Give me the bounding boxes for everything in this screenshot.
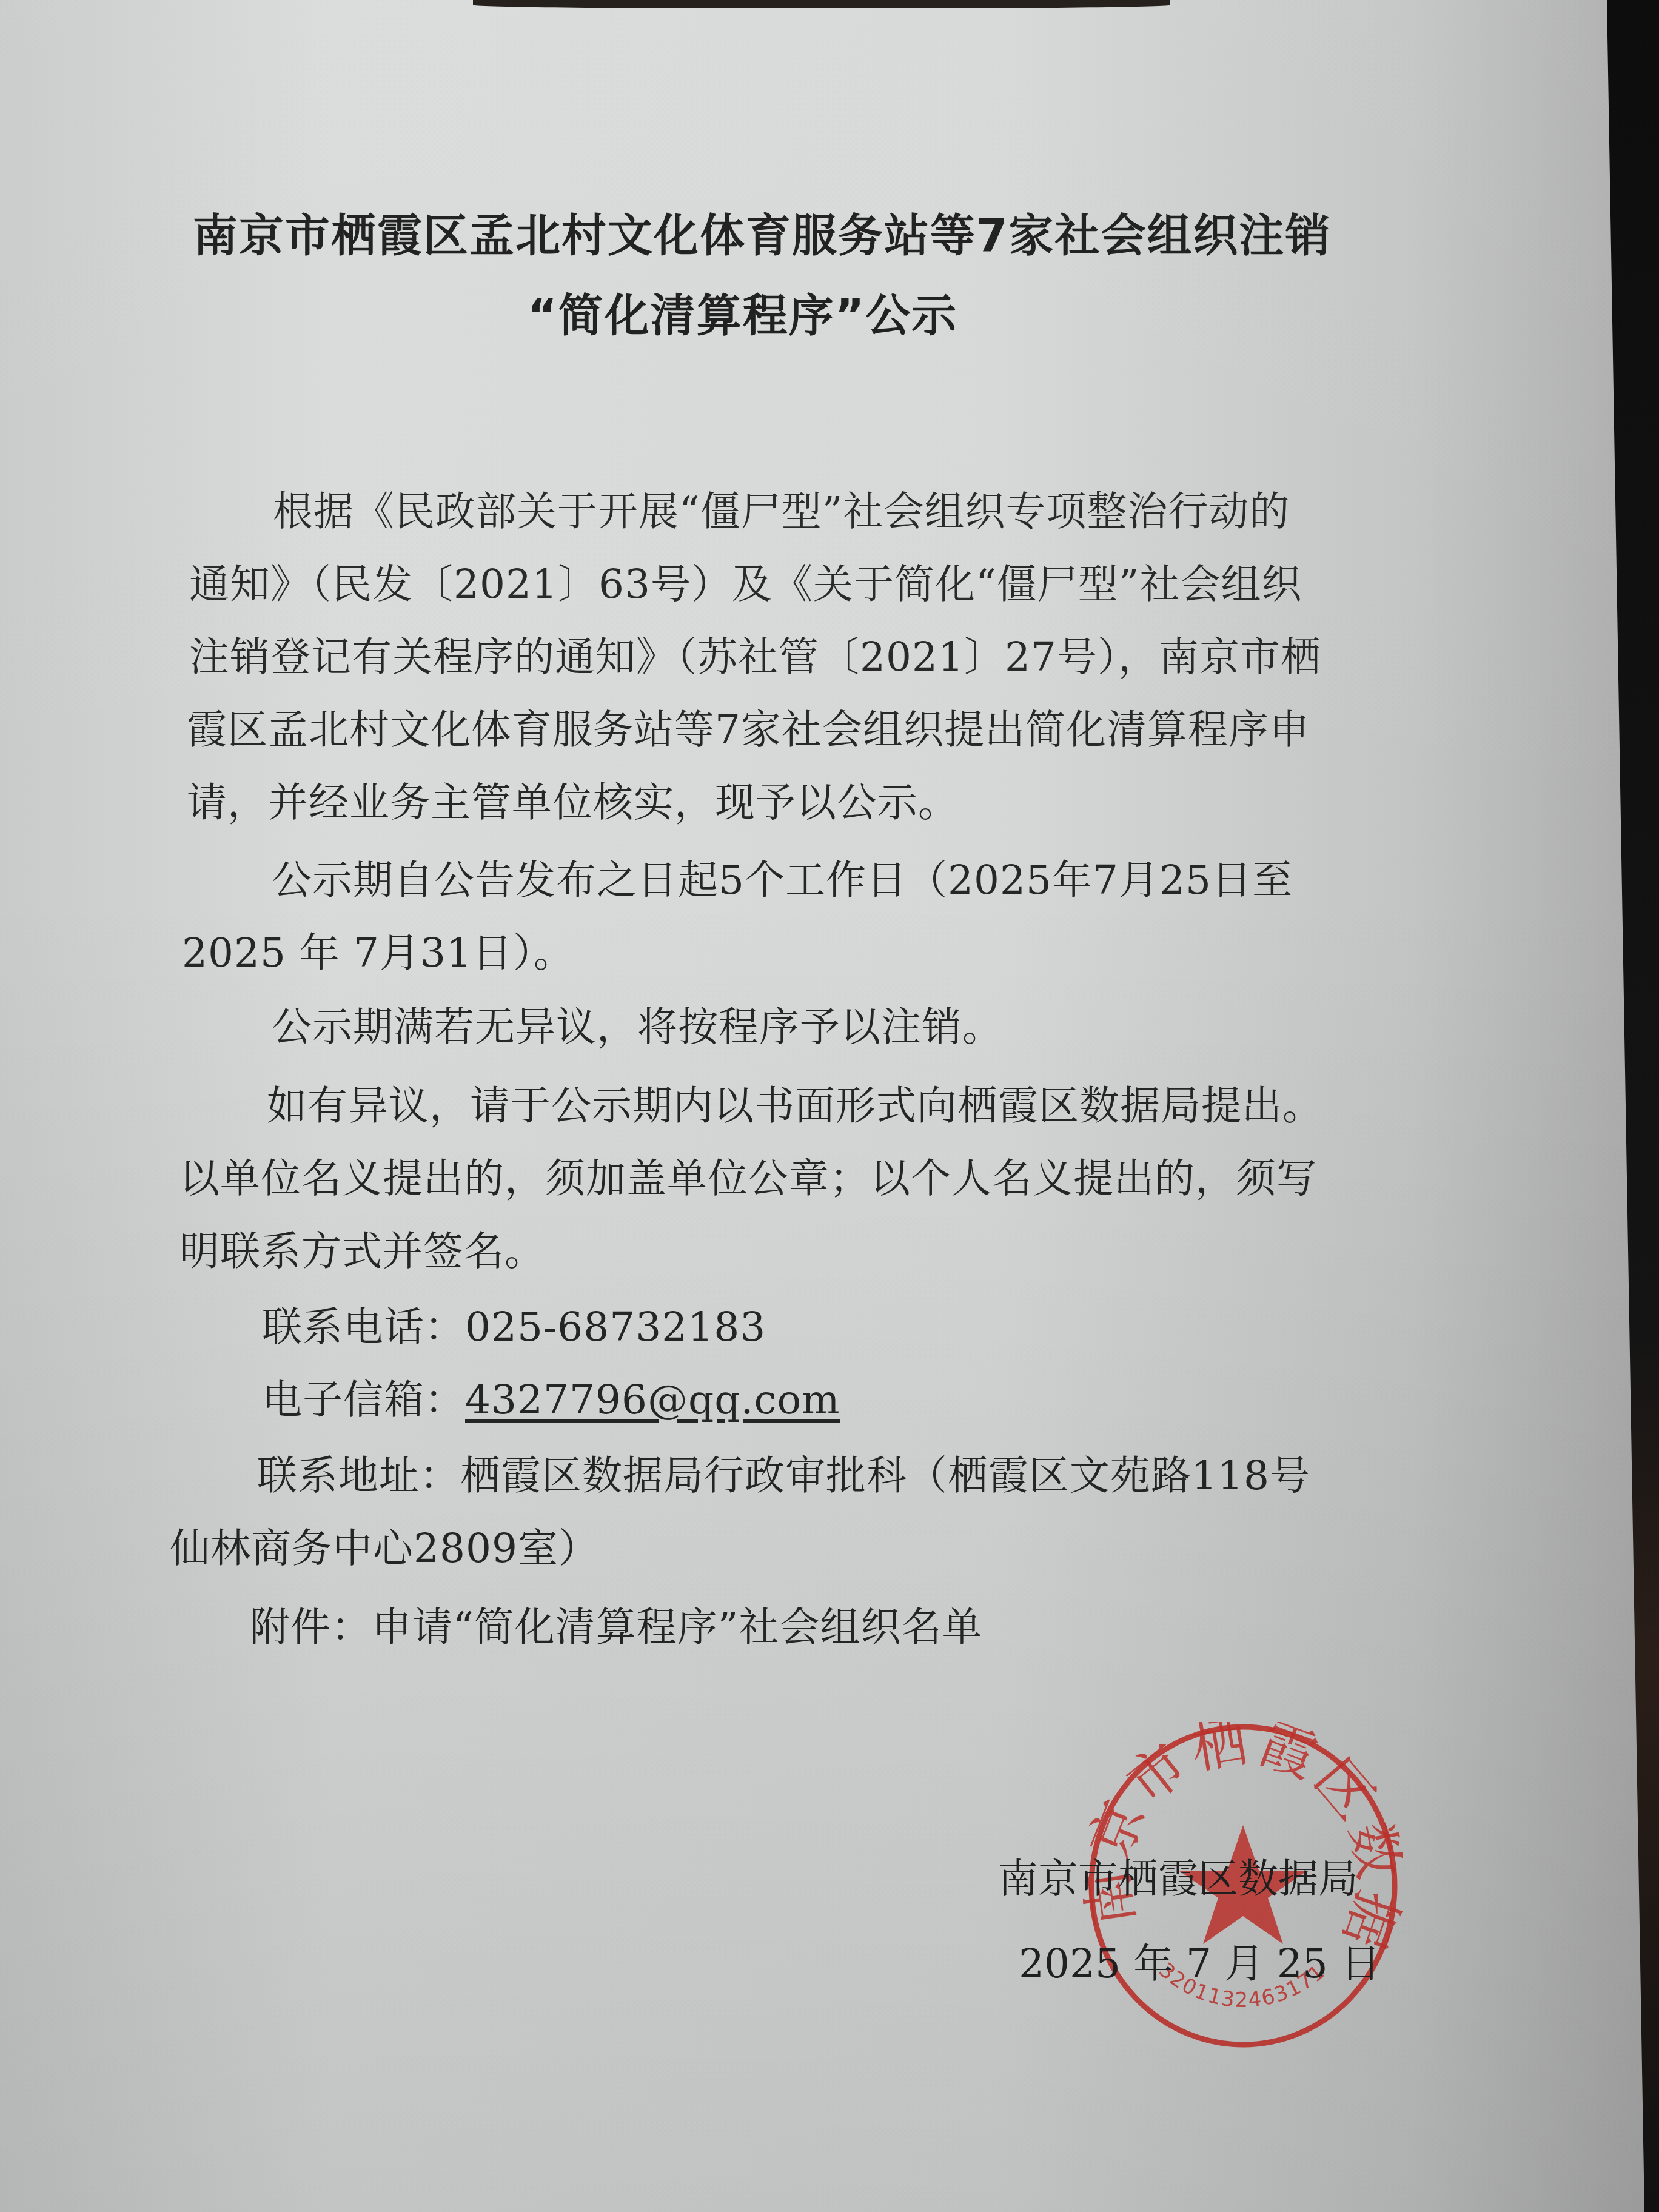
contact-address-line2: 仙林商务中心2809室） — [170, 1516, 599, 1574]
email-label: 电子信箱： — [262, 1376, 465, 1423]
paragraph4-line1: 如有异议，请于公示期内以书面形式向栖霞区数据局提出。 — [267, 1073, 1323, 1131]
contact-address-line1: 联系地址：栖霞区数据局行政审批科（栖霞区文苑路118号 — [257, 1443, 1310, 1501]
paragraph1-line3: 注销登记有关程序的通知》（苏社管〔2021〕27号），南京市栖 — [189, 625, 1321, 682]
official-seal-icon: 南京市栖霞区数据局 3201132463171 — [1079, 1722, 1407, 2049]
paragraph1-line1: 根据《民政部关于开展“僵尸型”社会组织专项整治行动的 — [273, 479, 1290, 537]
address-label: 联系地址： — [257, 1452, 460, 1499]
document-title-line1: 南京市栖霞区孟北村文化体育服务站等7家社会组织注销 — [193, 200, 1659, 264]
contact-phone: 联系电话：025-68732183 — [262, 1295, 766, 1352]
address-value: 栖霞区数据局行政审批科（栖霞区文苑路118号 — [460, 1452, 1310, 1499]
paragraph4-line3: 明联系方式并签名。 — [179, 1219, 545, 1276]
issuer-name: 南京市栖霞区数据局 — [998, 1846, 1358, 1904]
issue-date: 2025 年 7 月 25 日 — [1019, 1931, 1381, 1989]
document-page: 南京市栖霞区孟北村文化体育服务站等7家社会组织注销 “简化清算程序”公示 根据《… — [0, 0, 1659, 2212]
svg-text:3201132463171: 3201132463171 — [1154, 1958, 1330, 2013]
paragraph2-line2: 2025 年 7月31日）。 — [182, 920, 574, 978]
paragraph4-line2: 以单位名义提出的，须加盖单位公章；以个人名义提出的，须写 — [179, 1146, 1317, 1204]
contact-email: 电子信箱：4327796@qq.com — [262, 1367, 840, 1425]
document-title-line2: “简化清算程序”公示 — [528, 280, 1659, 344]
clip-shadow — [473, 0, 1170, 8]
paragraph1-line5: 请，并经业务主管单位核实，现予以公示。 — [187, 770, 959, 828]
attachment-note: 附件：申请“简化清算程序”社会组织名单 — [250, 1595, 982, 1652]
paragraph1-line4: 霞区孟北村文化体育服务站等7家社会组织提出简化清算程序申 — [187, 697, 1310, 755]
phone-label: 联系电话： — [262, 1304, 465, 1350]
paragraph3: 公示期满若无异议，将按程序予以注销。 — [272, 994, 1003, 1052]
paragraph2-line1: 公示期自公告发布之日起5个工作日（2025年7月25日至 — [272, 848, 1293, 905]
email-link[interactable]: 4327796@qq.com — [465, 1376, 840, 1423]
svg-text:南京市栖霞区数据局: 南京市栖霞区数据局 — [1079, 1722, 1407, 1960]
phone-value: 025-68732183 — [465, 1304, 766, 1350]
paragraph1-line2: 通知》（民发〔2021〕63号）及《关于简化“僵尸型”社会组织 — [189, 552, 1302, 609]
